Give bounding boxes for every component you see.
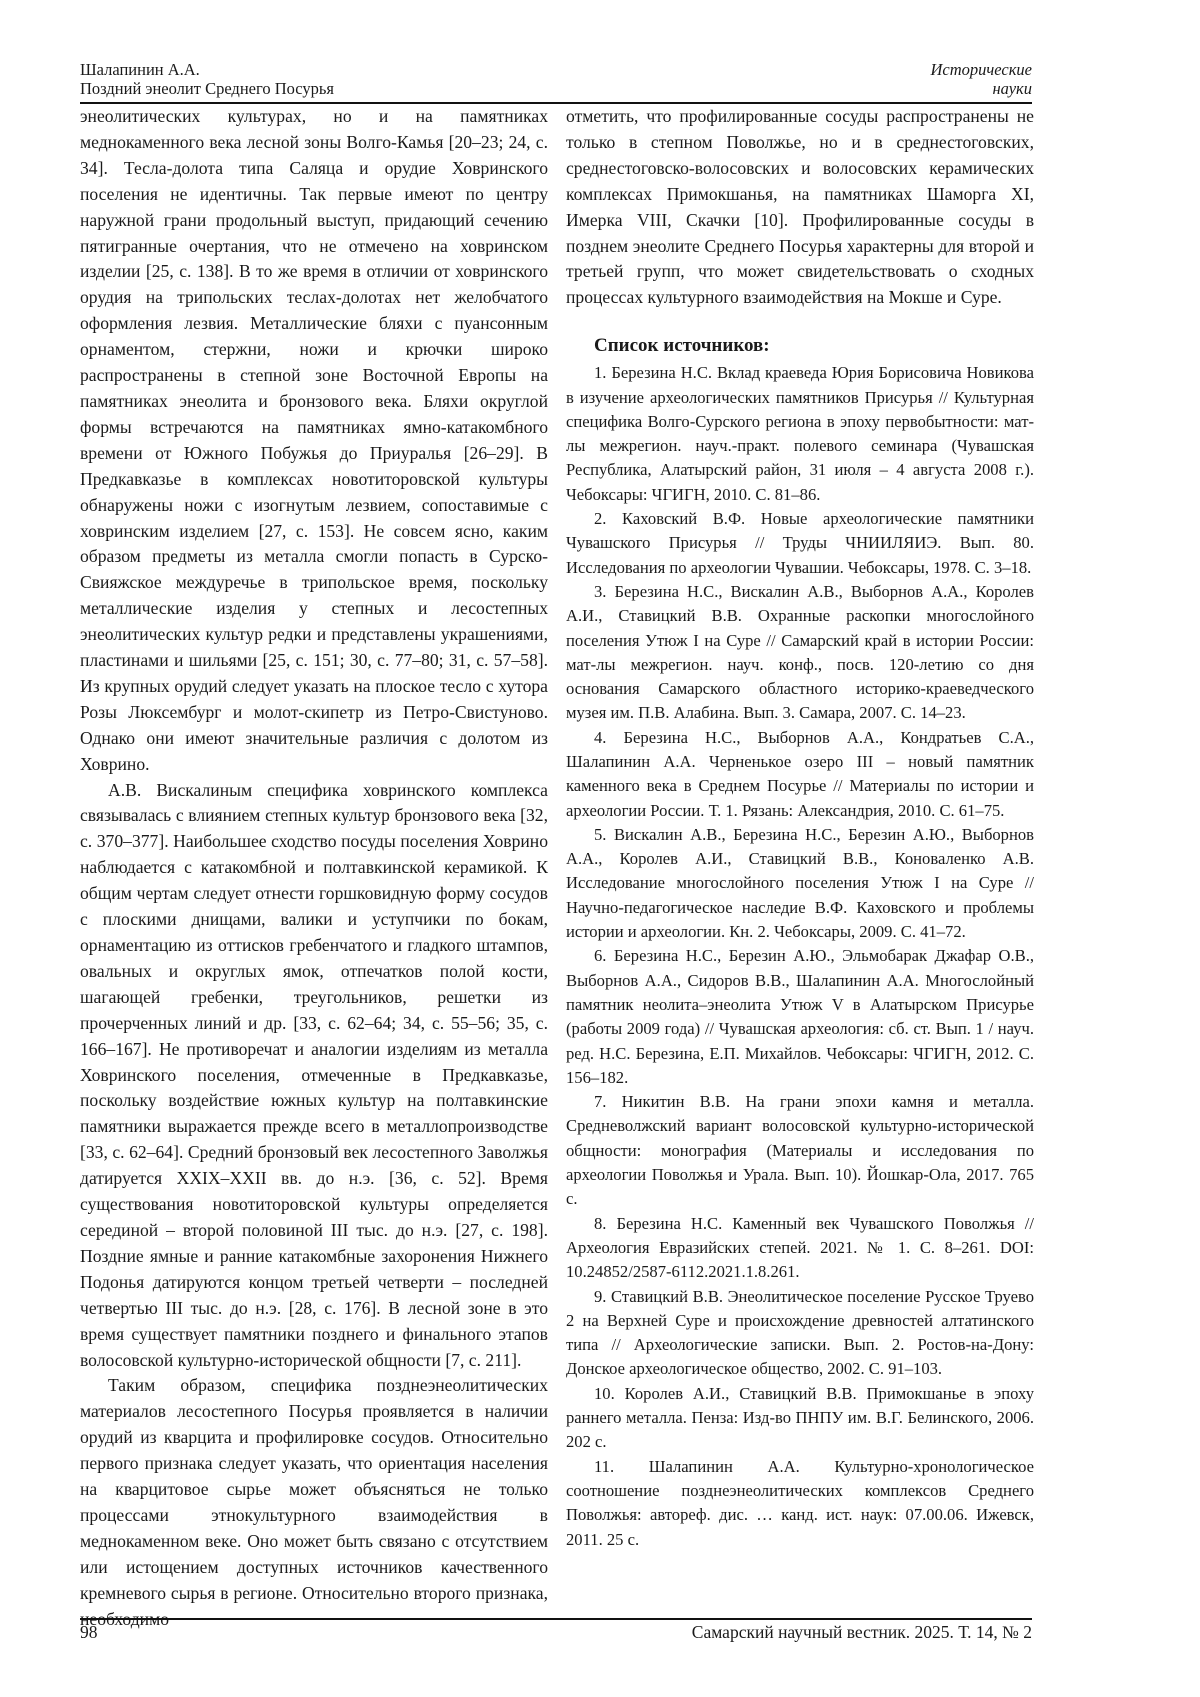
reference-item: 10. Королев А.И., Ставицкий В.В. Примокш… <box>566 1382 1034 1455</box>
reference-item: 6. Березина Н.С., Березин А.Ю., Эльмобар… <box>566 944 1034 1090</box>
reference-item: 4. Березина Н.С., Выборнов А.А., Кондрат… <box>566 726 1034 823</box>
reference-item: 2. Каховский В.Ф. Новые археологические … <box>566 507 1034 580</box>
reference-item: 7. Никитин В.В. На грани эпохи камня и м… <box>566 1090 1034 1211</box>
reference-item: 3. Березина Н.С., Вискалин А.В., Выборно… <box>566 580 1034 726</box>
reference-item: 5. Вискалин А.В., Березина Н.С., Березин… <box>566 823 1034 944</box>
body-paragraph: Таким образом, специфика позднеэнеолитич… <box>80 1373 548 1632</box>
journal-page: Шалапинин А.А. Поздний энеолит Среднего … <box>0 0 1200 1697</box>
left-column: энеолитических культурах, но и на памятн… <box>80 104 548 1632</box>
header-left: Шалапинин А.А. Поздний энеолит Среднего … <box>80 60 334 98</box>
reference-item: 8. Березина Н.С. Каменный век Чувашского… <box>566 1212 1034 1285</box>
body-paragraph: энеолитических культурах, но и на памятн… <box>80 104 548 778</box>
header-author: Шалапинин А.А. <box>80 60 334 79</box>
reference-item: 9. Ставицкий В.В. Энеолитическое поселен… <box>566 1285 1034 1382</box>
header-article-title: Поздний энеолит Среднего Посурья <box>80 79 334 98</box>
running-header: Шалапинин А.А. Поздний энеолит Среднего … <box>80 60 1032 102</box>
references-list: 1. Березина Н.С. Вклад краеведа Юрия Бор… <box>566 361 1034 1552</box>
journal-citation: Самарский научный вестник. 2025. Т. 14, … <box>692 1621 1032 1643</box>
reference-item: 11. Шалапинин А.А. Культурно-хронологиче… <box>566 1455 1034 1552</box>
footer-divider <box>80 1618 1032 1620</box>
references-heading: Список источников: <box>566 333 1034 359</box>
header-section-line1: Исторические <box>931 60 1033 79</box>
page-number: 98 <box>80 1621 98 1643</box>
body-paragraph: А.В. Вискалиным специфика ховринского ко… <box>80 778 548 1374</box>
right-column: отметить, что профилированные сосуды рас… <box>566 104 1034 1552</box>
reference-item: 1. Березина Н.С. Вклад краеведа Юрия Бор… <box>566 361 1034 507</box>
body-paragraph: отметить, что профилированные сосуды рас… <box>566 104 1034 311</box>
header-section: Исторические науки <box>931 60 1033 98</box>
header-section-line2: науки <box>931 79 1033 98</box>
